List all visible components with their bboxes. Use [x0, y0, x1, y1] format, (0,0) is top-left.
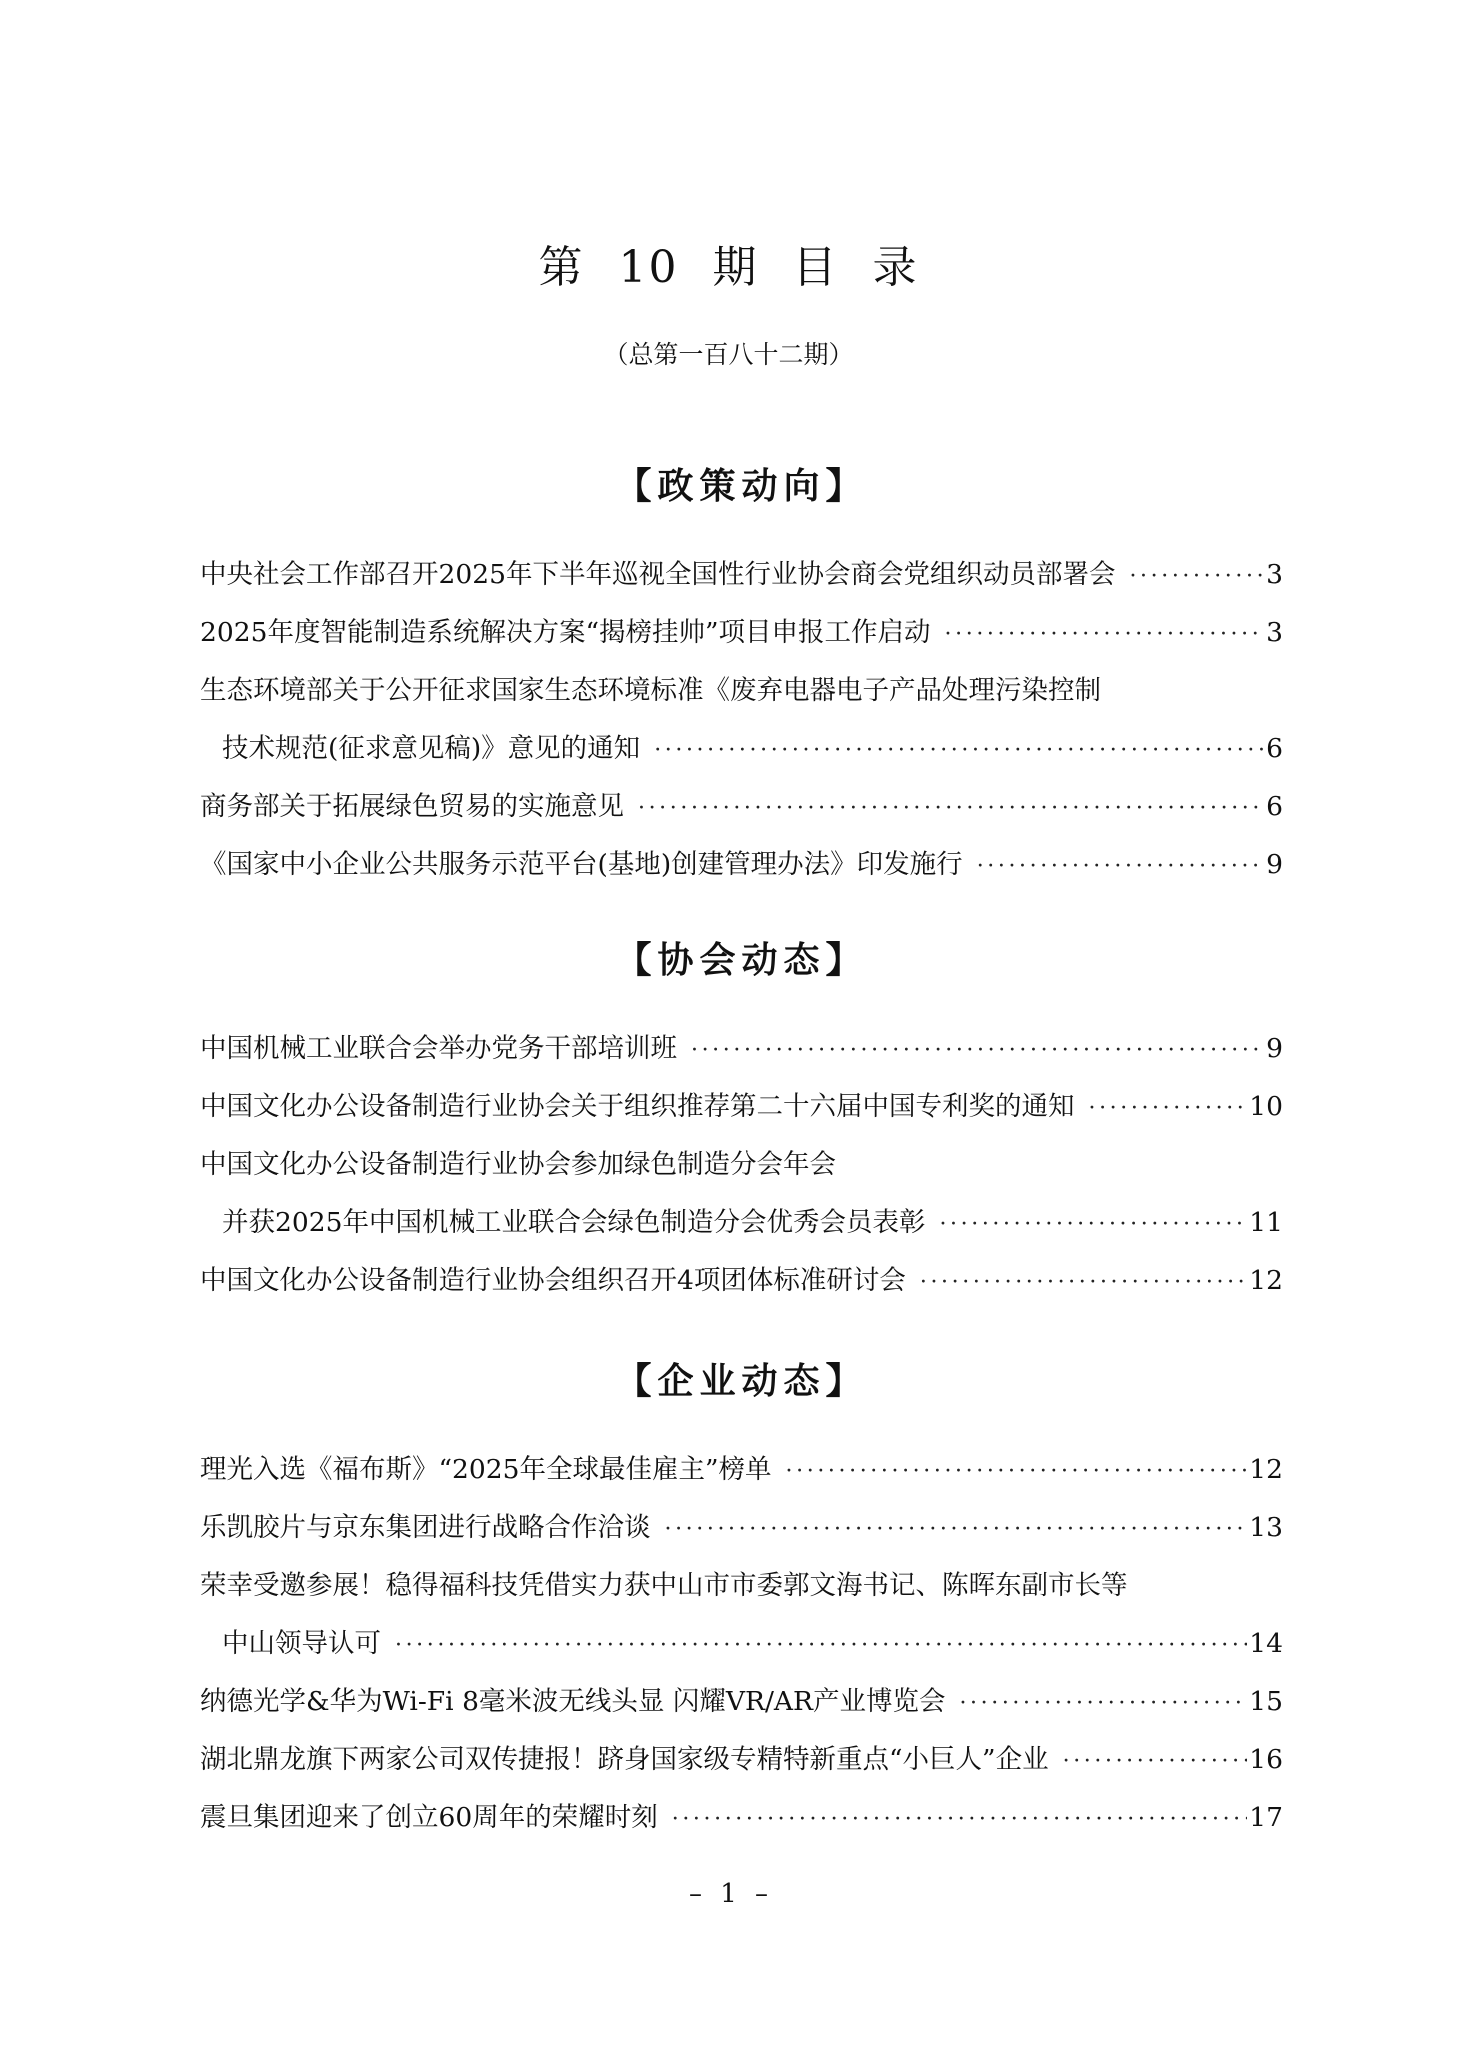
- toc-entry[interactable]: 震旦集团迎来了创立60周年的荣耀时刻 17: [200, 1789, 1283, 1847]
- entry-title: 中国文化办公设备制造行业协会参加绿色制造分会年会: [200, 1136, 836, 1194]
- entry-title: 湖北鼎龙旗下两家公司双传捷报！跻身国家级专精特新重点“小巨人”企业: [200, 1731, 1049, 1789]
- page-number: 9: [1266, 836, 1283, 894]
- entry-title: 震旦集团迎来了创立60周年的荣耀时刻: [200, 1789, 658, 1847]
- section-enterprise: 【企业动态】 理光入选《福布斯》“2025年全球最佳雇主”榜单 12 乐凯胶片与…: [200, 1357, 1283, 1847]
- toc-entry[interactable]: 《国家中小企业公共服务示范平台(基地)创建管理办法》印发施行 9: [200, 836, 1283, 894]
- dot-leader: [665, 1501, 1248, 1559]
- toc-entry[interactable]: 中国机械工业联合会举办党务干部培训班 9: [200, 1020, 1283, 1078]
- entry-title: 中国机械工业联合会举办党务干部培训班: [200, 1020, 677, 1078]
- dot-leader: [977, 838, 1264, 896]
- page-number: 6: [1266, 720, 1283, 778]
- entry-title: 中央社会工作部召开2025年下半年巡视全国性行业协会商会党组织动员部署会: [200, 546, 1115, 604]
- entry-title-continued: 技术规范(征求意见稿)》意见的通知: [222, 720, 640, 778]
- entry-title: 2025年度智能制造系统解决方案“揭榜挂帅”项目申报工作启动: [200, 604, 931, 662]
- toc-entry[interactable]: 乐凯胶片与京东集团进行战略合作洽谈 13: [200, 1499, 1283, 1557]
- dot-leader: [920, 1254, 1247, 1312]
- page-number: 3: [1266, 604, 1283, 662]
- section-header: 【企业动态】: [200, 1357, 1283, 1407]
- dot-leader: [1063, 1733, 1248, 1791]
- page-number: 6: [1266, 778, 1283, 836]
- section-policy: 【政策动向】 中央社会工作部召开2025年下半年巡视全国性行业协会商会党组织动员…: [200, 462, 1283, 894]
- page-number: 10: [1249, 1078, 1283, 1136]
- entry-title: 商务部关于拓展绿色贸易的实施意见: [200, 778, 624, 836]
- section-header: 【协会动态】: [200, 936, 1283, 986]
- toc-entry[interactable]: 商务部关于拓展绿色贸易的实施意见 6: [200, 778, 1283, 836]
- toc-entry[interactable]: 生态环境部关于公开征求国家生态环境标准《废弃电器电子产品处理污染控制 技术规范(…: [200, 662, 1283, 778]
- dot-leader: [939, 1196, 1247, 1254]
- entry-title: 中国文化办公设备制造行业协会关于组织推荐第二十六届中国专利奖的通知: [200, 1078, 1075, 1136]
- toc-entry[interactable]: 中国文化办公设备制造行业协会组织召开4项团体标准研讨会 12: [200, 1252, 1283, 1310]
- entry-title: 理光入选《福布斯》“2025年全球最佳雇主”榜单: [200, 1441, 772, 1499]
- page-number: 3: [1266, 546, 1283, 604]
- dot-leader: [654, 722, 1264, 780]
- entry-title: 乐凯胶片与京东集团进行战略合作洽谈: [200, 1499, 651, 1557]
- page-number: 17: [1249, 1789, 1283, 1847]
- entry-title: 生态环境部关于公开征求国家生态环境标准《废弃电器电子产品处理污染控制: [200, 662, 1101, 720]
- toc-entry[interactable]: 中国文化办公设备制造行业协会参加绿色制造分会年会 并获2025年中国机械工业联合…: [200, 1136, 1283, 1252]
- page-number: 16: [1249, 1731, 1283, 1789]
- section-header: 【政策动向】: [200, 462, 1283, 512]
- section-association: 【协会动态】 中国机械工业联合会举办党务干部培训班 9 中国文化办公设备制造行业…: [200, 936, 1283, 1310]
- page-number: 15: [1249, 1673, 1283, 1731]
- entry-title-continued: 并获2025年中国机械工业联合会绿色制造分会优秀会员表彰: [222, 1194, 925, 1252]
- page-number: 12: [1249, 1441, 1283, 1499]
- entry-title-continued: 中山领导认可: [222, 1615, 381, 1673]
- dot-leader: [691, 1022, 1264, 1080]
- dot-leader: [959, 1675, 1247, 1733]
- page-number: 12: [1249, 1252, 1283, 1310]
- toc-entry[interactable]: 湖北鼎龙旗下两家公司双传捷报！跻身国家级专精特新重点“小巨人”企业 16: [200, 1731, 1283, 1789]
- entry-title: 荣幸受邀参展！稳得福科技凭借实力获中山市市委郭文海书记、陈晖东副市长等: [200, 1557, 1128, 1615]
- toc-entry[interactable]: 纳德光学&华为Wi-Fi 8毫米波无线头显 闪耀VR/AR产业博览会 15: [200, 1673, 1283, 1731]
- toc-entry[interactable]: 中国文化办公设备制造行业协会关于组织推荐第二十六届中国专利奖的通知 10: [200, 1078, 1283, 1136]
- entry-title: 中国文化办公设备制造行业协会组织召开4项团体标准研讨会: [200, 1252, 906, 1310]
- dot-leader: [945, 606, 1265, 664]
- toc-subtitle: （总第一百八十二期）: [0, 338, 1457, 372]
- dot-leader: [1129, 548, 1264, 606]
- entry-title: 《国家中小企业公共服务示范平台(基地)创建管理办法》印发施行: [200, 836, 963, 894]
- toc-title: 第 10 期 目 录: [0, 238, 1457, 298]
- toc-entry[interactable]: 中央社会工作部召开2025年下半年巡视全国性行业协会商会党组织动员部署会 3: [200, 546, 1283, 604]
- dot-leader: [638, 780, 1264, 838]
- toc-entry[interactable]: 荣幸受邀参展！稳得福科技凭借实力获中山市市委郭文海书记、陈晖东副市长等 中山领导…: [200, 1557, 1283, 1673]
- page-number: 11: [1249, 1194, 1283, 1252]
- dot-leader: [786, 1443, 1248, 1501]
- dot-leader: [672, 1791, 1248, 1849]
- dot-leader: [1089, 1080, 1248, 1138]
- page-number: 13: [1249, 1499, 1283, 1557]
- page-footer-number: – 1 –: [0, 1876, 1457, 1912]
- dot-leader: [395, 1617, 1247, 1675]
- document-page: 第 10 期 目 录 （总第一百八十二期） 【政策动向】 中央社会工作部召开20…: [0, 0, 1457, 2048]
- toc-entry[interactable]: 2025年度智能制造系统解决方案“揭榜挂帅”项目申报工作启动 3: [200, 604, 1283, 662]
- page-number: 14: [1249, 1615, 1283, 1673]
- page-number: 9: [1266, 1020, 1283, 1078]
- entry-title: 纳德光学&华为Wi-Fi 8毫米波无线头显 闪耀VR/AR产业博览会: [200, 1673, 945, 1731]
- toc-entry[interactable]: 理光入选《福布斯》“2025年全球最佳雇主”榜单 12: [200, 1441, 1283, 1499]
